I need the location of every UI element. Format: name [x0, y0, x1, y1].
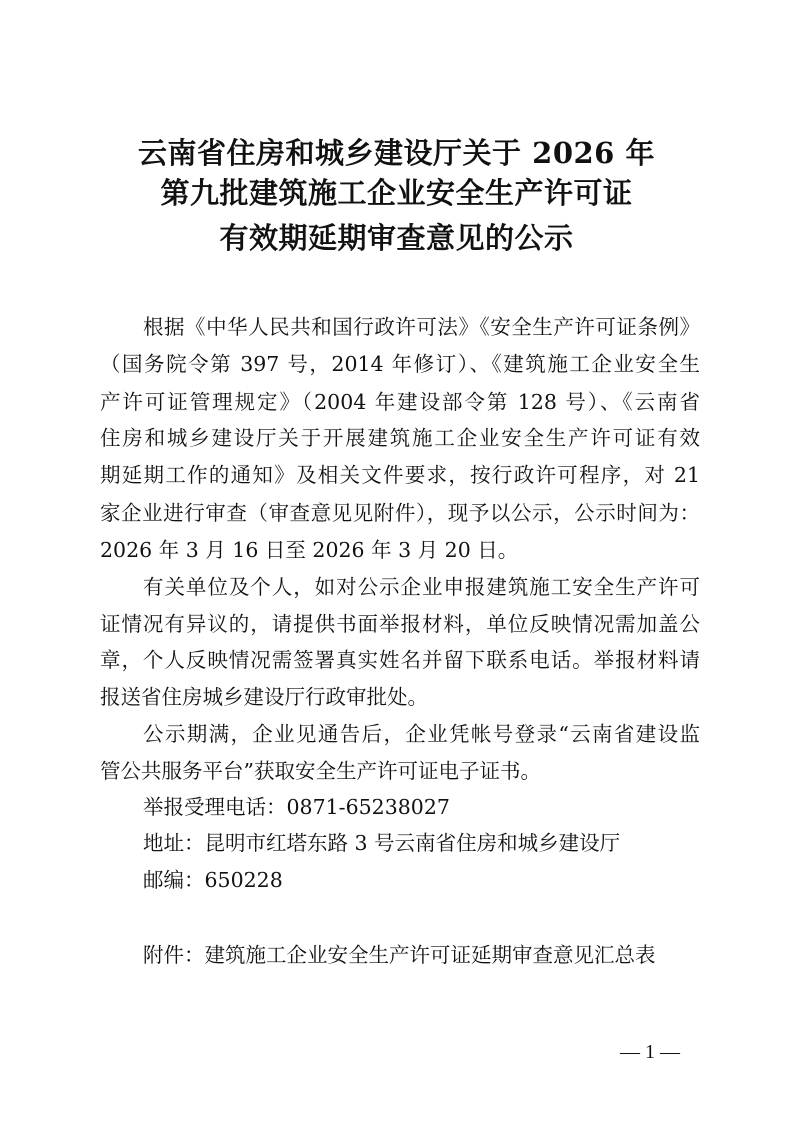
body-line: （国务院令第 397 号，2014 年修订）、《建筑施工企业安全生 — [100, 349, 700, 379]
address: 地址：昆明市红塔东路 3 号云南省住房和城乡建设厅 — [143, 828, 700, 858]
body-line: 住房和城乡建设厅关于开展建筑施工企业安全生产许可证有效 — [100, 423, 700, 453]
title-line-2: 第九批建筑施工企业安全生产许可证 — [0, 173, 793, 213]
body-line: 章，个人反映情况需签署真实姓名并留下联系电话。举报材料请 — [100, 645, 700, 675]
body-line: 根据《中华人民共和国行政许可法》《安全生产许可证条例》 — [143, 312, 700, 342]
body-line: 证情况有异议的，请提供书面举报材料，单位反映情况需加盖公 — [100, 609, 700, 639]
postal-code: 邮编：650228 — [143, 865, 700, 895]
body-line: 公示期满，企业见通告后，企业凭帐号登录“云南省建设监 — [143, 719, 700, 749]
page-number: — 1 — — [620, 1038, 680, 1066]
body-line: 有关单位及个人，如对公示企业申报建筑施工安全生产许可 — [143, 572, 700, 602]
body-line: 家企业进行审查（审查意见见附件），现予以公示，公示时间为： — [100, 498, 700, 528]
body-line: 期延期工作的通知》及相关文件要求，按行政许可程序，对 21 — [100, 460, 700, 490]
body-line: 管公共服务平台”获取安全生产许可证电子证书。 — [100, 756, 700, 786]
title-line-1: 云南省住房和城乡建设厅关于 2026 年 — [0, 133, 793, 173]
body-line: 产许可证管理规定》（2004 年建设部令第 128 号）、《云南省 — [100, 387, 700, 417]
body-line: 2026 年 3 月 16 日至 2026 年 3 月 20 日。 — [100, 535, 700, 565]
report-phone: 举报受理电话：0871-65238027 — [143, 792, 700, 822]
body-line: 报送省住房城乡建设厅行政审批处。 — [100, 682, 700, 712]
attachment-note: 附件：建筑施工企业安全生产许可证延期审查意见汇总表 — [143, 940, 700, 970]
title-line-3: 有效期延期审查意见的公示 — [0, 218, 793, 258]
